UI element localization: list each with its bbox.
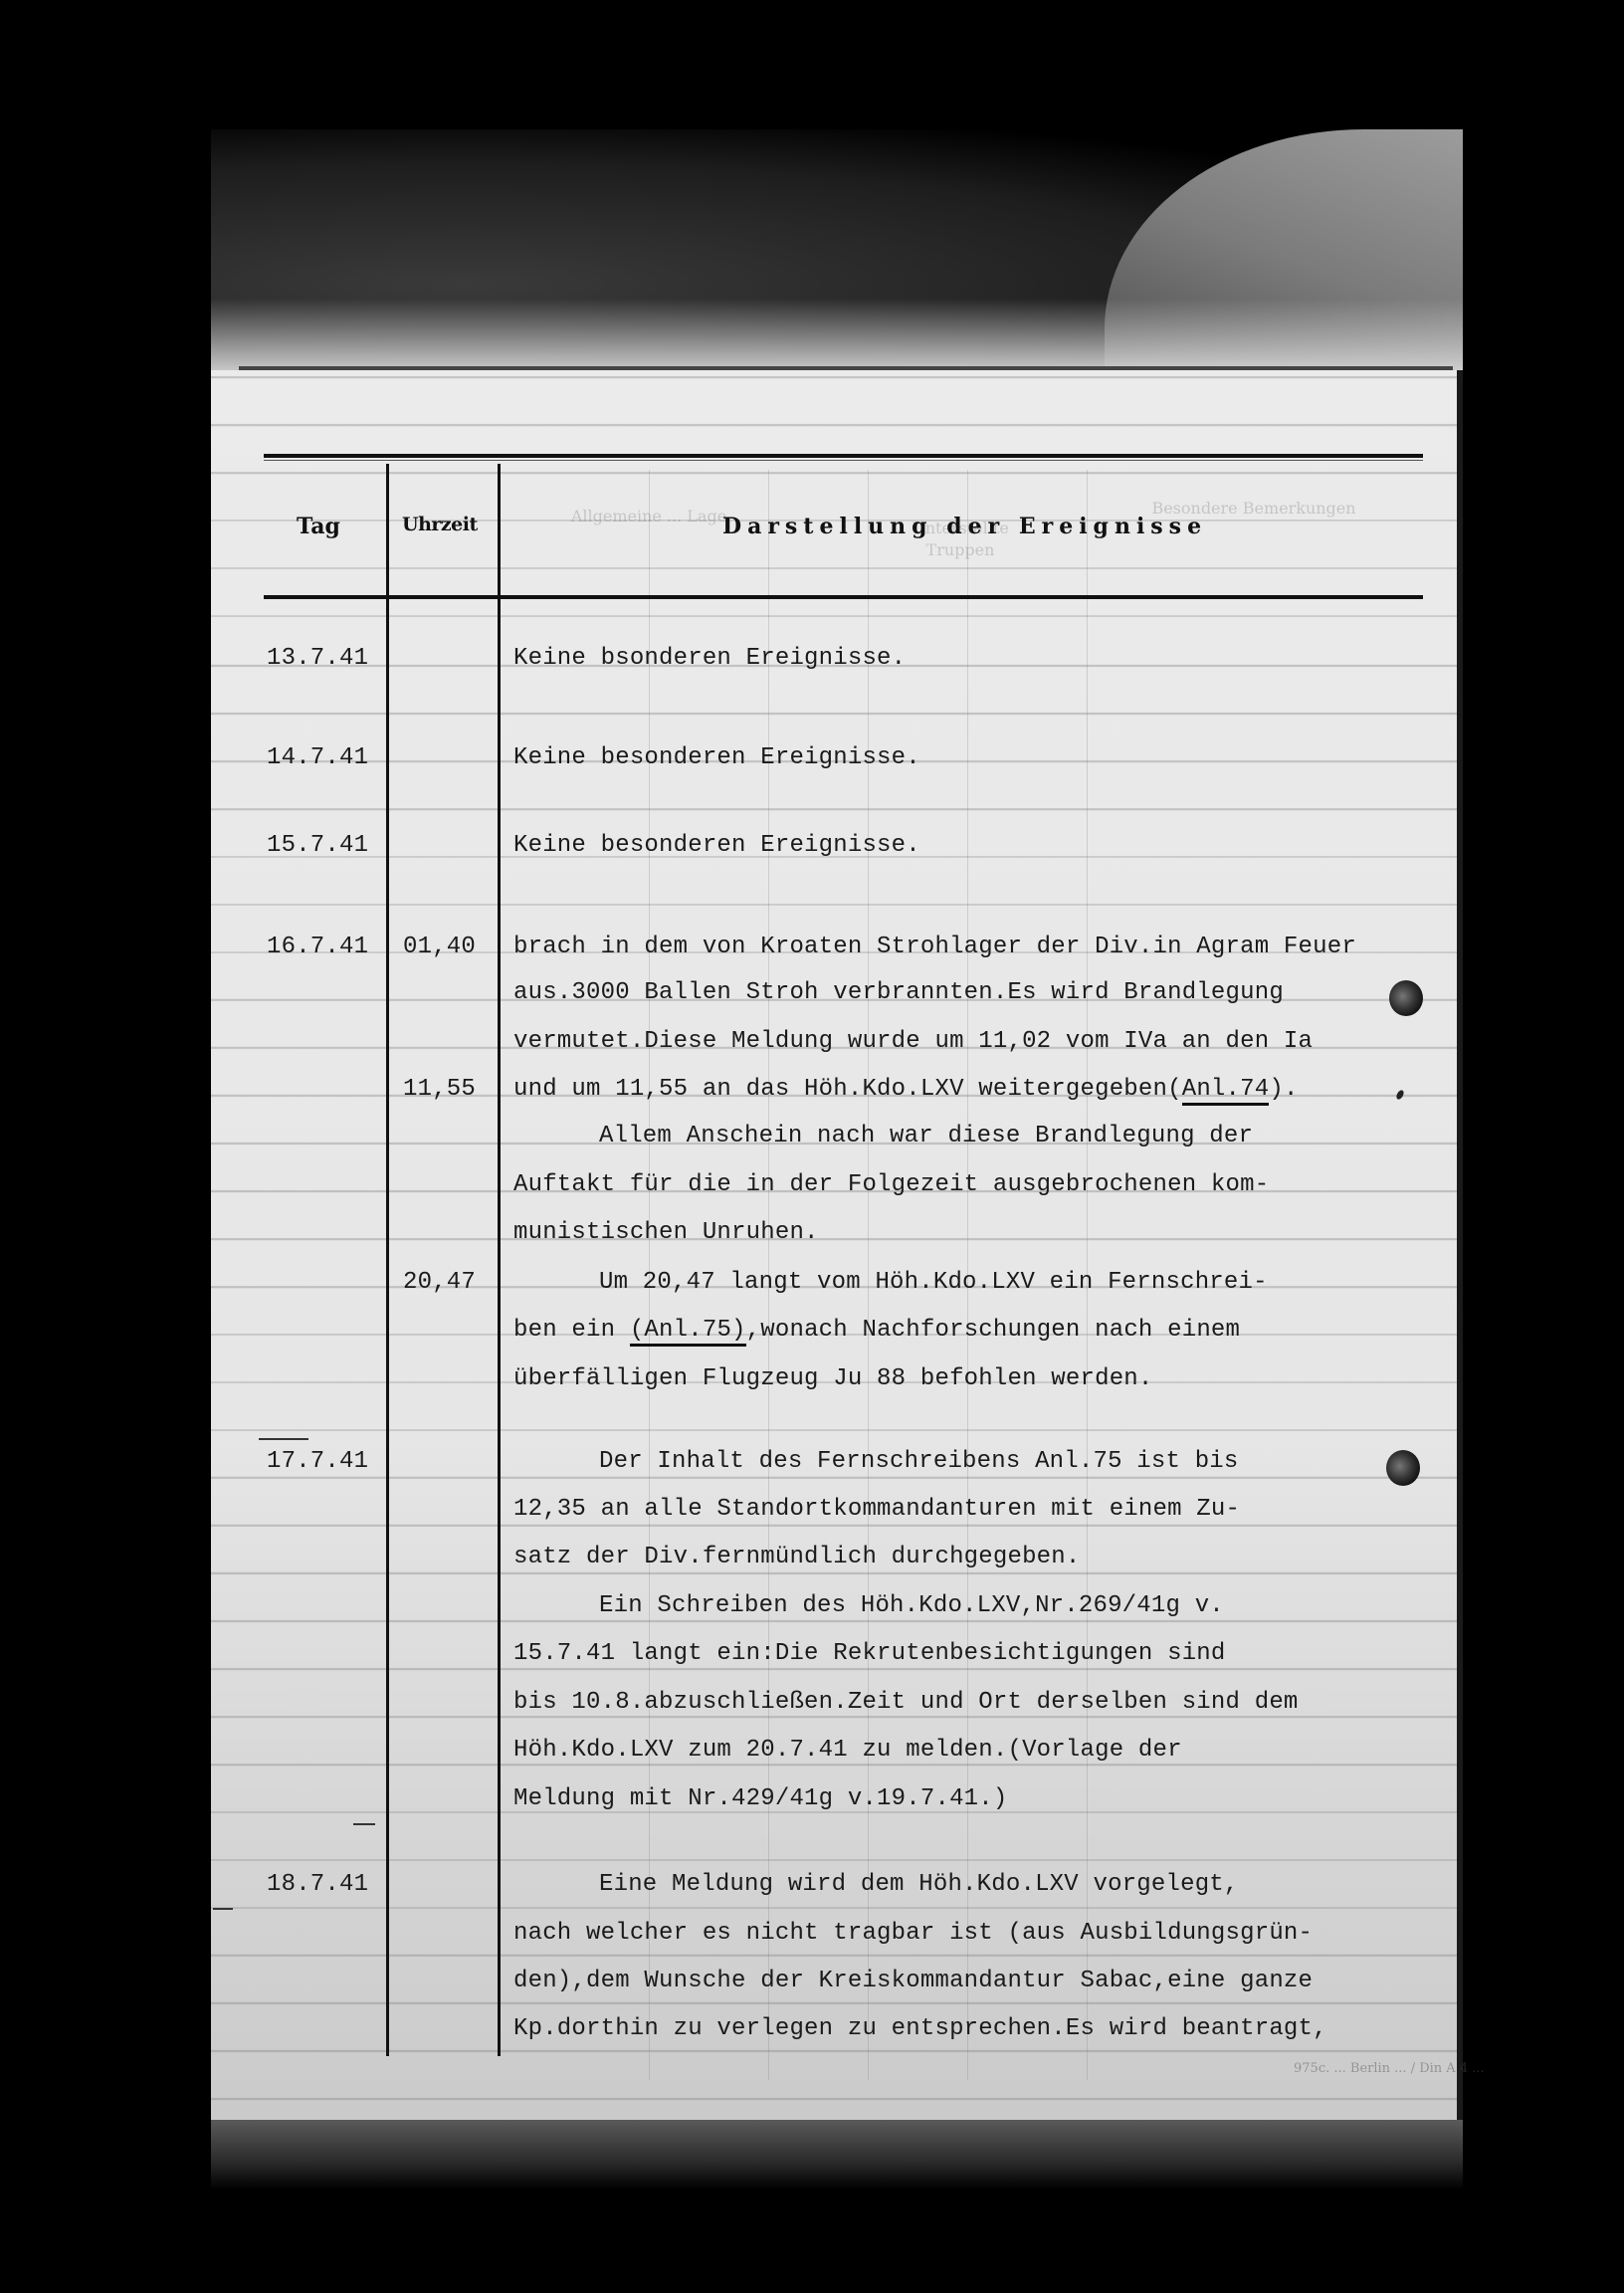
entry-text-line: Eine Meldung wird dem Höh.Kdo.LXV vorgel… [599,1871,1239,1898]
column-header-time: Uhrzeit [402,514,478,535]
ghost-header: Allgemeine ... Lage [569,506,728,527]
entry-text-line: nach welcher es nicht tragbar ist (aus A… [513,1920,1313,1947]
entry-text-line: vermutet.Diese Meldung wurde um 11,02 vo… [513,1028,1313,1055]
entry-text-line: brach in dem von Kroaten Strohlager der … [513,934,1356,960]
entry-text-line: Keine besonderen Ereignisse. [513,832,920,859]
entry-text-line: Um 20,47 langt vom Höh.Kdo.LXV ein Ferns… [599,1269,1268,1296]
entry-text-line: aus.3000 Ballen Stroh verbrannten.Es wir… [513,979,1284,1006]
entry-date: 18.7.41 [267,1871,368,1898]
entry-text-line: ben ein (Anl.75),wonach Nachforschungen … [513,1317,1240,1344]
entry-text-line: 12,35 an alle Standortkommandanturen mit… [513,1496,1240,1523]
entry-date: 14.7.41 [267,744,368,771]
entry-text-line: Keine bsonderen Ereignisse. [513,645,906,672]
entry-text-line: Ein Schreiben des Höh.Kdo.LXV,Nr.269/41g… [599,1592,1224,1619]
entry-time: 11,55 [403,1076,476,1103]
entry-date: 17.7.41 [267,1448,368,1475]
entry-text-line: Meldung mit Nr.429/41g v.19.7.41.) [513,1785,1007,1812]
punch-hole [1389,980,1423,1016]
entry-text-line: Höh.Kdo.LXV zum 20.7.41 zu melden.(Vorla… [513,1737,1182,1764]
column-header-date: Tag [297,514,340,539]
column-divider-date [386,464,389,2056]
entry-text-line: und um 11,55 an das Höh.Kdo.LXV weiterge… [513,1076,1299,1103]
margin-tick [259,1438,308,1440]
entry-time: 01,40 [403,934,476,960]
punch-hole [1386,1450,1420,1486]
entry-text-line: den),dem Wunsche der Kreiskommandantur S… [513,1968,1313,1994]
entry-text-line: munistischen Unruhen. [513,1219,819,1246]
printer-mark: 975c. ... Berlin ... / Din A 4 ... [1294,2060,1485,2078]
column-header-events: Darstellung der Ereignisse [722,514,1207,539]
entry-text-line: Auftakt für die in der Folgezeit ausgebr… [513,1171,1269,1198]
entry-date: 15.7.41 [267,832,368,859]
column-divider-time [498,464,501,2056]
annex-reference: (Anl.75) [630,1317,746,1347]
entry-date: 13.7.41 [267,645,368,672]
entry-date: 16.7.41 [267,934,368,960]
entry-text-line: bis 10.8.abzuschließen.Zeit und Ort ders… [513,1689,1299,1716]
scan-dark-bottom-area [211,2120,1463,2189]
entry-text-line: Keine besonderen Ereignisse. [513,744,920,771]
header-top-rule [264,454,1423,458]
entry-text-line: Der Inhalt des Fernschreibens Anl.75 ist… [599,1448,1239,1475]
margin-tick [213,1908,233,1910]
margin-tick [353,1823,375,1825]
entry-text-line: Allem Anschein nach war diese Brandlegun… [599,1123,1253,1149]
header-top-rule-thin [264,460,1423,461]
entry-text-line: satz der Div.fernmündlich durchgegeben. [513,1544,1081,1570]
entry-text-line: Kp.dorthin zu verlegen zu entsprechen.Es… [513,2015,1327,2042]
header-bottom-rule [264,595,1423,599]
entry-time: 20,47 [403,1269,476,1296]
entry-text-line: überfälligen Flugzeug Ju 88 befohlen wer… [513,1365,1153,1392]
annex-reference: Anl.74 [1182,1076,1270,1106]
entry-text-line: 15.7.41 langt ein:Die Rekrutenbesichtigu… [513,1640,1226,1667]
